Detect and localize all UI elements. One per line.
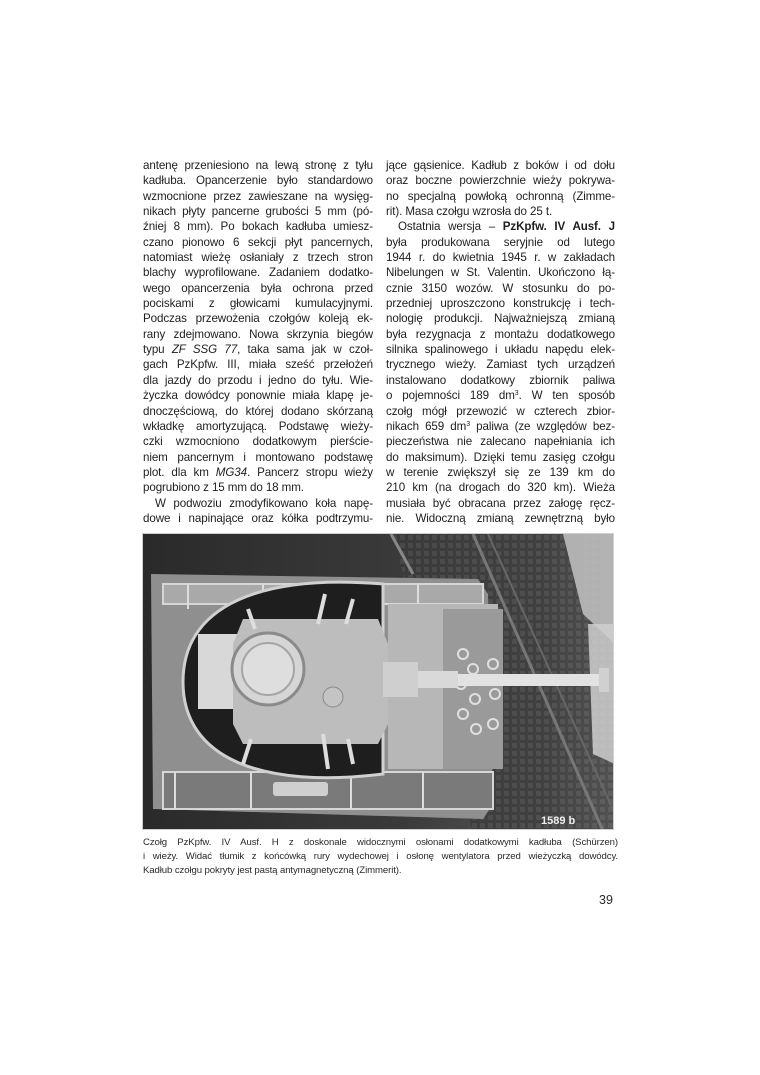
text-line: Ostatnia wersja – PzKpfw. IV Ausf. J — [386, 219, 615, 234]
tank-photograph: 1589 b — [142, 533, 614, 830]
text-line: 1944 r. do kwietnia 1945 r. w zakładach — [386, 250, 615, 265]
text-line: pociskami z głowicami kumulacyjnymi. — [143, 296, 373, 311]
text-line: do maksimum). Dzięki temu zasięg czołgu — [386, 450, 615, 465]
text-line: wzmocnione przez zawieszane na wysięg- — [143, 189, 373, 204]
superscript: 3 — [466, 421, 470, 428]
text-line: czołg mógł przewozić w czterech zbior- — [386, 404, 615, 419]
text-line: rit). Masa czołgu wzrosła do 25 t. — [386, 204, 615, 219]
figure-caption: Czołg PzKpfw. IV Ausf. H z doskonale wid… — [143, 836, 618, 878]
text-line: Nibelungen w St. Valentin. Ukończono łą- — [386, 265, 615, 280]
text-line: nikach 659 dm3 paliwa (ze względów bez- — [386, 419, 615, 434]
caption-line: Czołg PzKpfw. IV Ausf. H z doskonale wid… — [143, 836, 618, 850]
text-line: wkładkę amortyzującą. Podstawę wieży- — [143, 419, 373, 434]
text-line: przedniej uproszczono konstrukcję i tech… — [386, 296, 615, 311]
text-line: życzka dowódcy ponownie miała klapę je- — [143, 388, 373, 403]
text-line: kadłuba. Opancerzenie było standardowo — [143, 173, 373, 188]
left-text-column: antenę przeniesiono na lewą stronę z tył… — [143, 158, 373, 526]
text-line: blachy wyprofilowane. Zadaniem dodatko- — [143, 265, 373, 280]
text-line: antenę przeniesiono na lewą stronę z tył… — [143, 158, 373, 173]
text-line: nologię produkcji. Najważniejszą zmianą — [386, 311, 615, 326]
text-line: dla jazdy do przodu i jedno do tyłu. Wie… — [143, 373, 373, 388]
caption-line: i wieży. Widać tłumik z końcówką rury wy… — [143, 850, 618, 864]
text-line: pogrubiono z 15 mm do 18 mm. — [143, 480, 373, 495]
text-line: była rezygnacja z montażu dodatkowego — [386, 327, 615, 342]
right-text-column: jące gąsienice. Kadłub z boków i od dołu… — [386, 158, 615, 526]
text-line: jące gąsienice. Kadłub z boków i od dołu — [386, 158, 615, 173]
text-line: plot. dla km MG34. Pancerz stropu wieży — [143, 465, 373, 480]
text-line: Podczas przewożenia czołgów koleją ek- — [143, 311, 373, 326]
bold-term: PzKpfw. IV Ausf. J — [503, 220, 615, 233]
text-line: no specjalną powłoką ochronną (Zimme- — [386, 189, 615, 204]
text-line: była produkowana seryjnie od lutego — [386, 235, 615, 250]
text-line: w terenie zwiększył się ze 139 km do — [386, 465, 615, 480]
text-line: czano pionowo 6 sekcji płyt pancernych, — [143, 235, 373, 250]
text-line: pieczeństwa nie zalecano napełniania ich — [386, 434, 615, 449]
text-line: silnika spalinowego i układu napędu elek… — [386, 342, 615, 357]
text-line: nikach płyty pancerne grubości 5 mm (pó- — [143, 204, 373, 219]
text-line: wego opancerzenia była ochrona przed — [143, 281, 373, 296]
italic-term: ZF SSG 77 — [172, 343, 237, 356]
text-line: trycznego wieży. Zamiast tych urządzeń — [386, 357, 615, 372]
text-line: musiała być obracana przez załogę ręcz- — [386, 496, 615, 511]
text-line: o pojemności 189 dm3. W ten sposób — [386, 388, 615, 403]
text-line: W podwoziu zmodyfikowano koła napę- — [143, 496, 373, 511]
text-line: niem pancernym i montowano podstawę — [143, 450, 373, 465]
text-line: instalowano dodatkowy zbiornik paliwa — [386, 373, 615, 388]
tank-top-view-image: 1589 b — [143, 534, 614, 830]
text-line: oraz boczne powierzchnie wieży pokrywa- — [386, 173, 615, 188]
text-line: natomiast wieżę osłaniały z trzech stron — [143, 250, 373, 265]
text-line: czki wzmocniono dodatkowym pierście- — [143, 434, 373, 449]
text-line: gach PzKpfw. III, miała sześć przełożeń — [143, 357, 373, 372]
superscript: 3 — [515, 390, 519, 397]
page-number: 39 — [599, 893, 613, 907]
text-line: 210 km (na drogach do 320 km). Wieża — [386, 480, 615, 495]
text-line: nie. Widoczną zmianą zewnętrzną było — [386, 511, 615, 526]
text-line: typu ZF SSG 77, taka sama jak w czoł- — [143, 342, 373, 357]
text-line: dnoczęściową, do której dodano skórzaną — [143, 404, 373, 419]
text-line: rany zdejmowano. Nowa skrzynia biegów — [143, 327, 373, 342]
caption-line: Kadłub czołgu pokryty jest pastą antymag… — [143, 864, 618, 878]
text-line: cznie 3150 wozów. W stosunku do po- — [386, 281, 615, 296]
italic-term: MG34 — [216, 466, 247, 479]
photo-number-label: 1589 b — [541, 815, 576, 827]
text-line: dowe i napinające oraz kółka podtrzymu- — [143, 511, 373, 526]
text-line: źniej 8 mm). Po bokach kadłuba umiesz- — [143, 219, 373, 234]
